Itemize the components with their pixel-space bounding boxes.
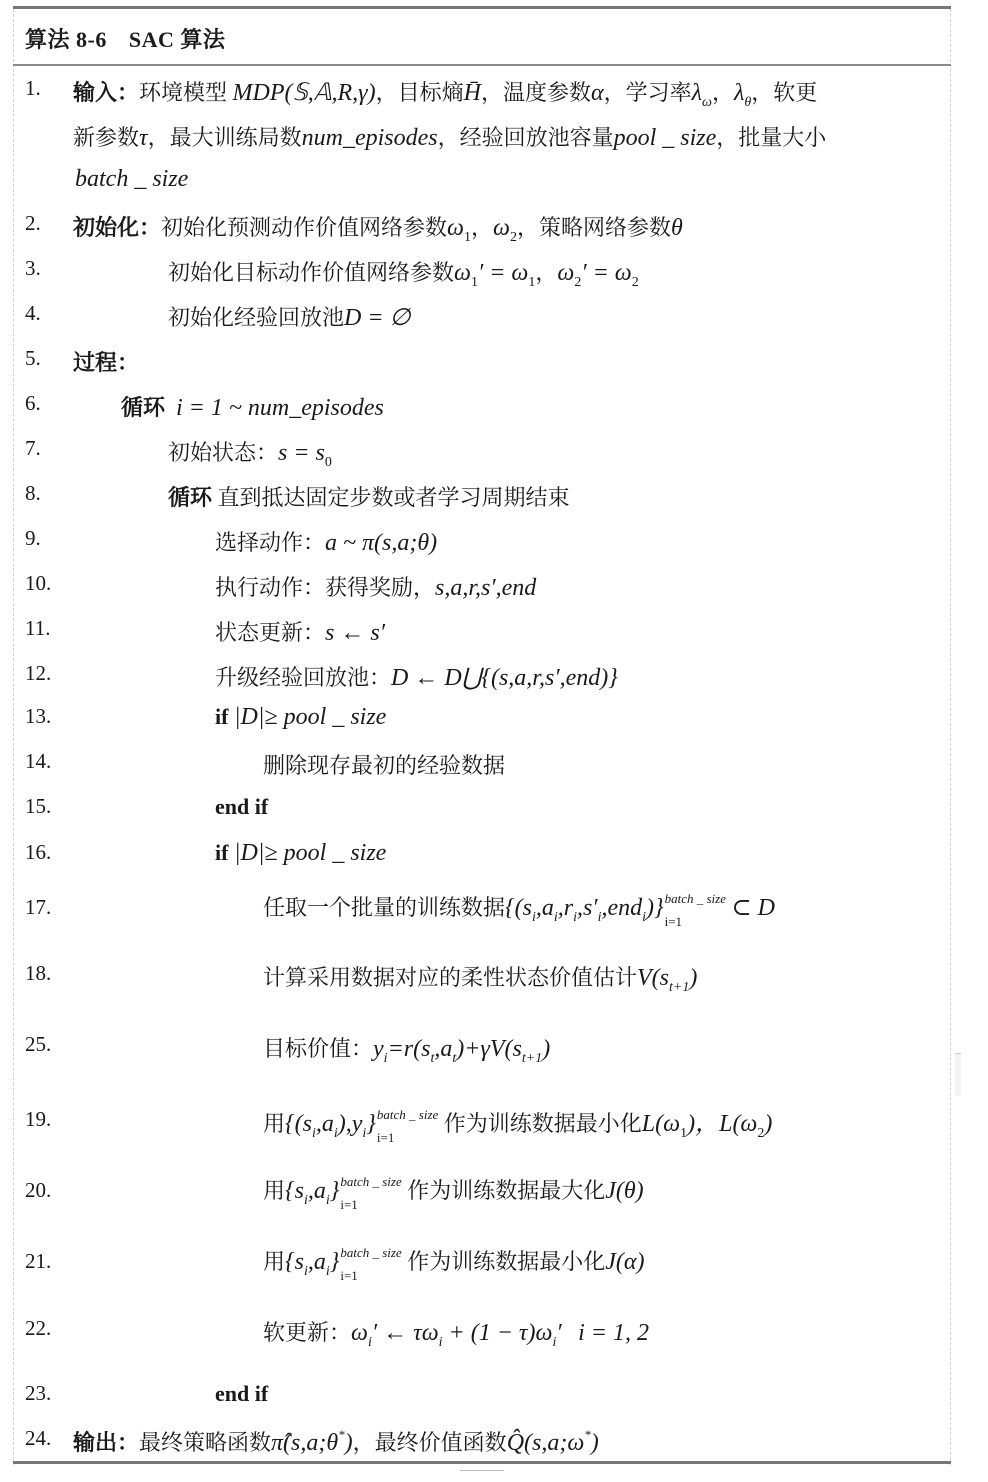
text: 最终策略函数 bbox=[139, 1430, 271, 1455]
keyword-input: 输入： bbox=[73, 80, 139, 105]
text: 目标价值： bbox=[263, 1036, 373, 1061]
keyword-if: if bbox=[215, 840, 228, 865]
text: 用 bbox=[263, 1111, 285, 1136]
line-number: 20. bbox=[25, 1178, 65, 1203]
math: ,a bbox=[308, 1178, 326, 1204]
text: ，最终价值函数 bbox=[353, 1430, 507, 1455]
math: i = 1 ~ num_episodes bbox=[176, 395, 384, 421]
text: 作为训练数据最小化 bbox=[444, 1111, 642, 1136]
lower-limit: i=1 bbox=[665, 915, 726, 928]
math: ,a bbox=[316, 1111, 334, 1137]
math: ω bbox=[351, 1320, 368, 1346]
text: 初始化经验回放池 bbox=[168, 305, 344, 330]
batch-limits: batch _ sizei=1 bbox=[340, 1246, 401, 1282]
text: ，最大训练局数 bbox=[148, 125, 302, 150]
line-18-content: 计算采用数据对应的柔性状态价值估计V(st+1) bbox=[263, 961, 697, 996]
line-22-content: 软更新：ωi′ ← τωi + (1 − τ)ωi′ i = 1, 2 bbox=[263, 1316, 649, 1351]
line-16-content: if |D|≥ pool _ size bbox=[215, 840, 386, 867]
math: {(s bbox=[285, 1111, 312, 1137]
right-border bbox=[950, 9, 951, 1465]
math: } bbox=[330, 1249, 340, 1275]
text: 初始状态： bbox=[168, 440, 278, 465]
math-sub: 2 bbox=[510, 230, 517, 245]
math: )， bbox=[687, 1111, 719, 1137]
keyword-end-if: end if bbox=[215, 794, 268, 820]
math: {(s,a,r,s′,end)} bbox=[481, 665, 617, 691]
line-number: 1. bbox=[25, 76, 65, 101]
text: 作为训练数据最大化 bbox=[407, 1178, 605, 1203]
text: 删除现存最初的经验数据 bbox=[263, 749, 505, 780]
line-number: 24. bbox=[25, 1426, 65, 1451]
text: 环境模型 bbox=[139, 80, 233, 105]
batch-limits: batch _ sizei=1 bbox=[377, 1108, 438, 1144]
math: num_episodes bbox=[302, 125, 438, 151]
text: 初始化预测动作价值网络参数 bbox=[161, 215, 447, 240]
math: i = 1, 2 bbox=[578, 1320, 649, 1346]
line-number: 11. bbox=[25, 616, 65, 641]
text: 用 bbox=[263, 1249, 285, 1274]
algorithm-number: 8-6 bbox=[76, 27, 107, 52]
algorithm-name: SAC 算法 bbox=[129, 27, 226, 52]
keyword-loop: 循环 bbox=[168, 485, 212, 510]
line-number: 17. bbox=[25, 895, 65, 920]
line-number: 10. bbox=[25, 571, 65, 596]
text: ，软更 bbox=[751, 80, 817, 105]
line-11-content: 状态更新：s ← s′ bbox=[215, 616, 385, 647]
line-9-content: 选择动作：a ~ π(s,a;θ) bbox=[215, 526, 437, 557]
lower-limit: i=1 bbox=[340, 1198, 401, 1211]
line-6-content: 循环 i = 1 ~ num_episodes bbox=[121, 391, 384, 422]
text: 用 bbox=[263, 1178, 285, 1203]
edge-artifact bbox=[955, 1053, 961, 1096]
keyword-init: 初始化： bbox=[73, 215, 161, 240]
math-sub: 1 bbox=[464, 230, 471, 245]
math: Q̂(s,a;ω bbox=[507, 1430, 585, 1456]
line-number: 25. bbox=[25, 1032, 65, 1057]
math: J(θ) bbox=[605, 1178, 643, 1204]
math: ,end bbox=[601, 895, 642, 921]
math: ) bbox=[764, 1111, 772, 1137]
math: ,a bbox=[308, 1249, 326, 1275]
math: L(ω bbox=[642, 1111, 680, 1137]
line-19-content: 用{(si,ai),yi}batch _ sizei=1 作为训练数据最小化L(… bbox=[263, 1103, 772, 1144]
line-number: 12. bbox=[25, 661, 65, 686]
math: ,s′ bbox=[577, 895, 598, 921]
math: ω bbox=[447, 215, 464, 241]
text: 作为训练数据最小化 bbox=[407, 1249, 605, 1274]
math: a ~ π(s,a;θ) bbox=[325, 530, 437, 556]
text: 计算采用数据对应的柔性状态价值估计 bbox=[263, 965, 637, 990]
math: ) bbox=[345, 1430, 353, 1456]
math: )+γV(s bbox=[456, 1036, 522, 1062]
text: ， bbox=[712, 80, 734, 105]
math: ⊂ D bbox=[731, 895, 774, 921]
text: ，经验回放池容量 bbox=[438, 125, 614, 150]
upper-limit: batch _ size bbox=[377, 1108, 438, 1121]
line-number: 5. bbox=[25, 346, 65, 371]
text: 初始化目标动作价值网络参数 bbox=[168, 260, 454, 285]
line-number: 19. bbox=[25, 1107, 65, 1132]
line-13-content: if |D|≥ pool _ size bbox=[215, 704, 386, 731]
math: ′ = ω bbox=[581, 260, 631, 286]
math: ′ = ω bbox=[478, 260, 528, 286]
math: π̂(s,a;θ bbox=[271, 1430, 338, 1456]
line-number: 8. bbox=[25, 481, 65, 506]
math: ) bbox=[591, 1430, 599, 1456]
line-24-content: 输出：最终策略函数π̂(s,a;θ*)，最终价值函数Q̂(s,a;ω*) bbox=[73, 1426, 599, 1457]
keyword-loop: 循环 bbox=[121, 395, 165, 420]
math: {(s bbox=[505, 895, 532, 921]
text: 选择动作： bbox=[215, 530, 325, 555]
upper-limit: batch _ size bbox=[665, 892, 726, 905]
text: 直到抵达固定步数或者学习周期结束 bbox=[218, 485, 570, 510]
math: } bbox=[366, 1111, 376, 1137]
math: =r(s bbox=[388, 1036, 431, 1062]
text: ，策略网络参数 bbox=[517, 215, 671, 240]
text: 软更新： bbox=[263, 1320, 351, 1345]
line-number: 14. bbox=[25, 749, 65, 774]
text: 升级经验回放池： bbox=[215, 665, 391, 690]
line-10-content: 执行动作：获得奖励，s,a,r,s′,end bbox=[215, 571, 536, 602]
math: |D|≥ pool _ size bbox=[234, 704, 386, 730]
math-sub: t+1 bbox=[669, 980, 689, 995]
line-number: 3. bbox=[25, 256, 65, 281]
algorithm-title: 算法8-6SAC 算法 bbox=[25, 23, 225, 54]
math: D = ∅ bbox=[344, 305, 410, 331]
math: {s bbox=[285, 1178, 304, 1204]
line-3-content: 初始化目标动作价值网络参数ω1′ = ω1，ω2′ = ω2 bbox=[168, 256, 639, 291]
math: ,r bbox=[558, 895, 573, 921]
line-1-content: 输入：环境模型 MDP(𝕊,𝔸,R,γ)，目标熵H̄，温度参数α，学习率λω，λ… bbox=[73, 76, 817, 111]
math-sub: 1 bbox=[471, 275, 478, 290]
text: 状态更新： bbox=[215, 620, 325, 645]
math: )} bbox=[646, 895, 664, 921]
math: λ bbox=[692, 80, 702, 106]
line-20-content: 用{si,ai}batch _ sizei=1 作为训练数据最大化J(θ) bbox=[263, 1174, 644, 1211]
algorithm-header: 算法8-6SAC 算法 bbox=[13, 9, 951, 64]
line-number: 13. bbox=[25, 704, 65, 729]
math: L(ω bbox=[719, 1111, 757, 1137]
resize-handle-artifact bbox=[460, 1470, 504, 1479]
math: J(α) bbox=[605, 1249, 644, 1275]
text: 执行动作：获得奖励， bbox=[215, 575, 435, 600]
math: |D|≥ pool _ size bbox=[234, 840, 386, 866]
math: ω bbox=[493, 215, 510, 241]
keyword-end-if: end if bbox=[215, 1381, 268, 1407]
math: s = s bbox=[278, 440, 325, 466]
math: τ bbox=[139, 125, 148, 151]
math-sub: ω bbox=[702, 95, 712, 110]
line-number: 2. bbox=[25, 211, 65, 236]
math: ) bbox=[689, 965, 697, 991]
keyword-if: if bbox=[215, 704, 228, 729]
line-number: 7. bbox=[25, 436, 65, 461]
math: pool _ size bbox=[614, 125, 717, 151]
upper-limit: batch _ size bbox=[340, 1246, 401, 1259]
line-8-content: 循环 直到抵达固定步数或者学习周期结束 bbox=[168, 481, 570, 512]
title-prefix: 算法 bbox=[25, 27, 70, 52]
math: H̄ bbox=[464, 80, 481, 106]
math: s,a,r,s′,end bbox=[435, 575, 536, 601]
math: θ bbox=[671, 215, 683, 241]
math-sub: t+1 bbox=[522, 1051, 542, 1066]
math: ,a bbox=[434, 1036, 452, 1062]
math: ′ ← τω bbox=[372, 1320, 439, 1346]
math-sub: 0 bbox=[325, 455, 332, 470]
math: λ bbox=[734, 80, 744, 106]
line-number: 4. bbox=[25, 301, 65, 326]
keyword-process: 过程： bbox=[73, 346, 139, 377]
line-number: 9. bbox=[25, 526, 65, 551]
bottom-rule bbox=[13, 1461, 951, 1464]
line-number: 23. bbox=[25, 1381, 65, 1406]
upper-limit: batch _ size bbox=[340, 1175, 401, 1188]
math: ) bbox=[542, 1036, 550, 1062]
line-number: 6. bbox=[25, 391, 65, 416]
lower-limit: i=1 bbox=[340, 1269, 401, 1282]
line-12-content: 升级经验回放池：D ← D⋃{(s,a,r,s′,end)} bbox=[215, 661, 618, 692]
math: } bbox=[330, 1178, 340, 1204]
line-number: 16. bbox=[25, 840, 65, 865]
math: y bbox=[373, 1036, 384, 1062]
text: 任取一个批量的训练数据 bbox=[263, 895, 505, 920]
keyword-output: 输出： bbox=[73, 1430, 139, 1455]
lower-limit: i=1 bbox=[377, 1131, 438, 1144]
line-number: 18. bbox=[25, 961, 65, 986]
math: {s bbox=[285, 1249, 304, 1275]
math: ω bbox=[454, 260, 471, 286]
line-number: 22. bbox=[25, 1316, 65, 1341]
text: 新参数 bbox=[73, 125, 139, 150]
batch-limits: batch _ sizei=1 bbox=[340, 1175, 401, 1211]
math: s ← s′ bbox=[325, 620, 385, 646]
text: ， bbox=[471, 215, 493, 240]
text: ，批量大小 bbox=[716, 125, 826, 150]
math: ′ bbox=[556, 1320, 561, 1346]
line-7-content: 初始状态：s = s0 bbox=[168, 436, 332, 471]
text: ，温度参数 bbox=[481, 80, 591, 105]
math: + (1 − τ)ω bbox=[443, 1320, 553, 1346]
text: ， bbox=[535, 260, 557, 285]
math: ,a bbox=[536, 895, 554, 921]
line-1-content-2: 新参数τ，最大训练局数num_episodes，经验回放池容量pool _ si… bbox=[73, 121, 826, 152]
math: α bbox=[591, 80, 604, 106]
line-21-content: 用{si,ai}batch _ sizei=1 作为训练数据最小化J(α) bbox=[263, 1245, 644, 1282]
line-number: 15. bbox=[25, 794, 65, 819]
text: ，学习率 bbox=[604, 80, 692, 105]
math-sub: 2 bbox=[632, 275, 639, 290]
line-17-content: 任取一个批量的训练数据{(si,ai,ri,s′i,endi)}batch _ … bbox=[263, 891, 775, 928]
left-border bbox=[13, 9, 14, 1465]
math: ),y bbox=[338, 1111, 363, 1137]
line-25-content: 目标价值：yi=r(st,at)+γV(st+1) bbox=[263, 1032, 550, 1067]
math: V(s bbox=[637, 965, 669, 991]
math: D ← D⋃ bbox=[391, 665, 481, 691]
math: batch _ size bbox=[75, 166, 188, 193]
text: ，目标熵 bbox=[376, 80, 464, 105]
header-rule bbox=[13, 64, 951, 66]
line-4-content: 初始化经验回放池D = ∅ bbox=[168, 301, 410, 332]
line-2-content: 初始化：初始化预测动作价值网络参数ω1，ω2，策略网络参数θ bbox=[73, 211, 683, 246]
math: MDP(𝕊,𝔸,R,γ) bbox=[233, 80, 376, 106]
line-number: 21. bbox=[25, 1249, 65, 1274]
batch-limits: batch _ sizei=1 bbox=[665, 892, 726, 928]
math: ω bbox=[557, 260, 574, 286]
algorithm-box: 算法8-6SAC 算法 1. 输入：环境模型 MDP(𝕊,𝔸,R,γ)，目标熵H… bbox=[13, 6, 951, 1468]
